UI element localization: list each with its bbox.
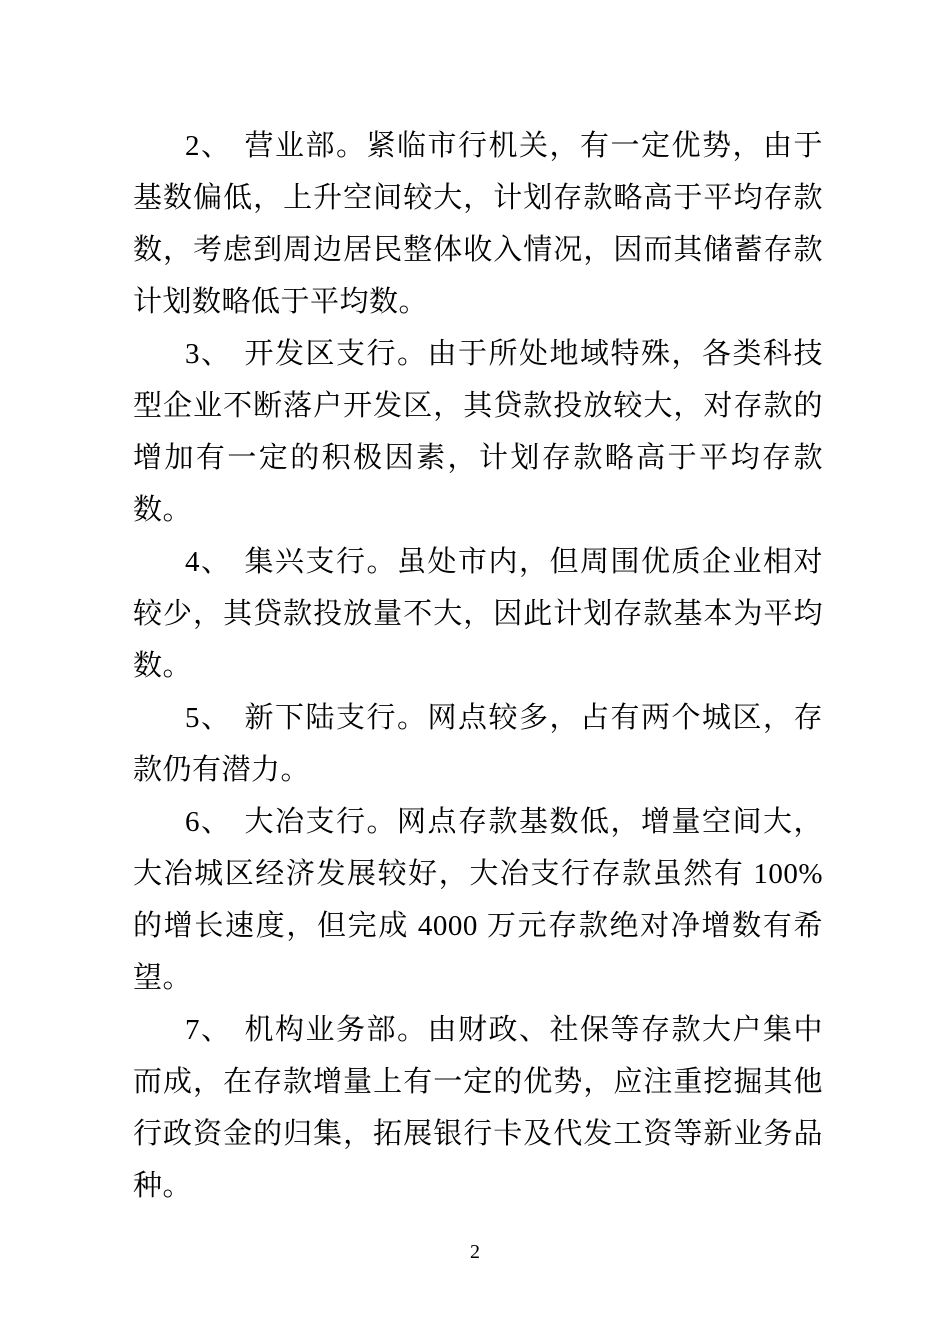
paragraph-3: 3、开发区支行。由于所处地域特殊，各类科技型企业不断落户开发区，其贷款投放较大，… bbox=[133, 328, 823, 536]
document-page: 2、营业部。紧临市行机关，有一定优势，由于基数偏低，上升空间较大，计划存款略高于… bbox=[0, 0, 950, 1344]
paragraph-2: 2、营业部。紧临市行机关，有一定优势，由于基数偏低，上升空间较大，计划存款略高于… bbox=[133, 120, 823, 328]
paragraph-6: 6、大冶支行。网点存款基数低，增量空间大，大冶城区经济发展较好，大冶支行存款虽然… bbox=[133, 796, 823, 1004]
paragraph-7-number: 7、 bbox=[185, 1014, 232, 1046]
page-number: 2 bbox=[0, 1238, 950, 1266]
paragraph-2-text: 营业部。紧临市行机关，有一定优势，由于基数偏低，上升空间较大，计划存款略高于平均… bbox=[133, 130, 823, 318]
paragraph-4-number: 4、 bbox=[185, 546, 232, 578]
paragraph-5: 5、新下陆支行。网点较多，占有两个城区，存款仍有潜力。 bbox=[133, 692, 823, 796]
paragraph-4: 4、集兴支行。虽处市内，但周围优质企业相对较少，其贷款投放量不大，因此计划存款基… bbox=[133, 536, 823, 692]
paragraph-3-text: 开发区支行。由于所处地域特殊，各类科技型企业不断落户开发区，其贷款投放较大，对存… bbox=[133, 338, 823, 526]
paragraph-6-number: 6、 bbox=[185, 806, 232, 838]
paragraph-5-number: 5、 bbox=[185, 702, 232, 734]
paragraph-5-text: 新下陆支行。网点较多，占有两个城区，存款仍有潜力。 bbox=[133, 702, 823, 786]
paragraph-6-text: 大冶支行。网点存款基数低，增量空间大，大冶城区经济发展较好，大冶支行存款虽然有 … bbox=[133, 806, 823, 994]
paragraph-7-text: 机构业务部。由财政、社保等存款大户集中而成，在存款增量上有一定的优势，应注重挖掘… bbox=[133, 1014, 823, 1202]
document-body: 2、营业部。紧临市行机关，有一定优势，由于基数偏低，上升空间较大，计划存款略高于… bbox=[133, 120, 823, 1212]
paragraph-7: 7、机构业务部。由财政、社保等存款大户集中而成，在存款增量上有一定的优势，应注重… bbox=[133, 1004, 823, 1212]
paragraph-4-text: 集兴支行。虽处市内，但周围优质企业相对较少，其贷款投放量不大，因此计划存款基本为… bbox=[133, 546, 823, 682]
paragraph-2-number: 2、 bbox=[185, 130, 232, 162]
paragraph-3-number: 3、 bbox=[185, 338, 232, 370]
